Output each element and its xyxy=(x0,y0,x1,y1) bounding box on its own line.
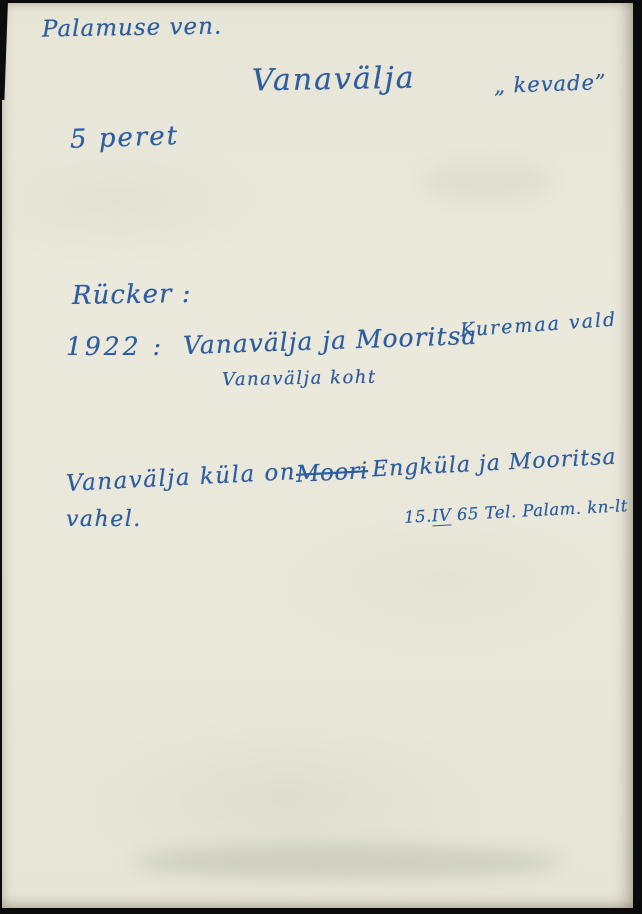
place-name-title: Vanavälja xyxy=(252,64,416,97)
date-attribution: 15.IV 65 Tel. Palam. kn-lt xyxy=(404,498,629,526)
paper-smudge xyxy=(132,845,562,879)
note-line2: vahel. xyxy=(66,509,142,531)
note-line1-continued: Engküla ja Mooritsa xyxy=(372,447,618,482)
date-year-and-source: 65 Tel. Palam. kn-lt xyxy=(451,496,629,524)
year-1922-entry: Vanavälja ja Mooritsa xyxy=(183,323,478,358)
struck-word: Moori xyxy=(295,460,368,487)
date-day: 15. xyxy=(404,506,433,526)
source-rucker-label: Rücker : xyxy=(72,281,192,309)
paper-card: Palamuse ven. Vanavälja „ kevade” 5 pere… xyxy=(2,3,633,908)
sub-entry-vanavalja-koht: Vanavälja koht xyxy=(222,369,377,390)
annotation-kuremaa-vald: Kuremaa vald xyxy=(460,311,618,341)
paper-smudge xyxy=(422,161,552,203)
scan-background: { "document": { "ink_color": "#2e5da1", … xyxy=(0,0,642,914)
household-count: 5 peret xyxy=(70,123,180,153)
year-1922-label: 1922 : xyxy=(66,334,164,359)
alternate-name: „ kevade” xyxy=(494,72,607,97)
date-month-underlined: IV xyxy=(431,505,451,526)
note-line1: Vanavälja küla on xyxy=(66,461,297,496)
parish-heading: Palamuse ven. xyxy=(42,15,223,41)
